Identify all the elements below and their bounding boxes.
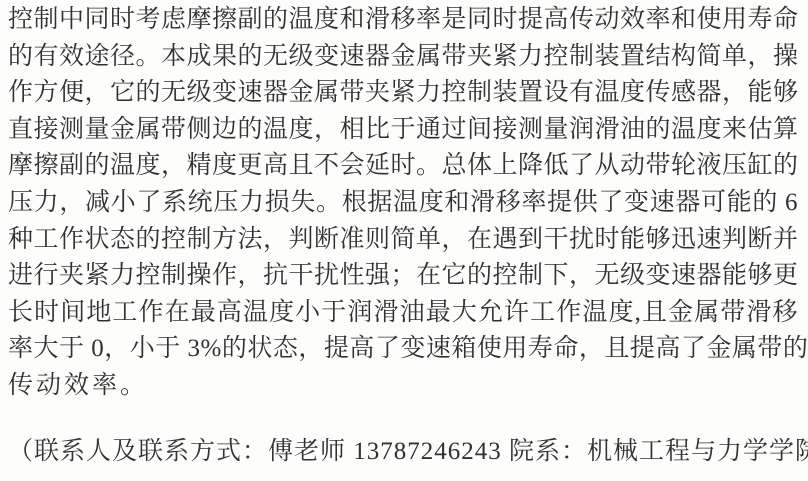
text-line: 作方便，它的无级变速器金属带夹紧力控制装置设有温度传感器，能够 bbox=[8, 75, 798, 112]
text-line: 率大于 0，小于 3%的状态，提高了变速箱使用寿命，且提高了金属带的 bbox=[8, 331, 798, 368]
text-line: 直接测量金属带侧边的温度，相比于通过间接测量润滑油的温度来估算 bbox=[8, 112, 798, 149]
text-line: 传动效率。 bbox=[8, 368, 798, 405]
text-line: 种工作状态的控制方法，判断准则简单，在遇到干扰时能够迅速判断并 bbox=[8, 222, 798, 259]
text-line: 摩擦副的温度，精度更高且不会延时。总体上降低了从动带轮液压缸的 bbox=[8, 148, 798, 185]
document-page: 控制中同时考虑摩擦副的温度和滑移率是同时提高传动效率和使用寿命的有效途径。本成果… bbox=[0, 0, 808, 481]
text-line: 长时间地工作在最高温度小于润滑油最大允许工作温度,且金属带滑移 bbox=[8, 295, 798, 332]
contact-line: （联系人及联系方式：傅老师 13787246243 院系：机械工程与力学学院） bbox=[8, 434, 798, 471]
main-paragraph: 控制中同时考虑摩擦副的温度和滑移率是同时提高传动效率和使用寿命的有效途径。本成果… bbox=[8, 2, 798, 405]
text-line: 的有效途径。本成果的无级变速器金属带夹紧力控制装置结构简单，操 bbox=[8, 39, 798, 76]
text-line: 压力，减小了系统压力损失。根据温度和滑移率提供了变速器可能的 6 bbox=[8, 185, 798, 222]
text-line: 进行夹紧力控制操作，抗干扰性强；在它的控制下，无级变速器能够更 bbox=[8, 258, 798, 295]
text-line: 控制中同时考虑摩擦副的温度和滑移率是同时提高传动效率和使用寿命 bbox=[8, 2, 798, 39]
